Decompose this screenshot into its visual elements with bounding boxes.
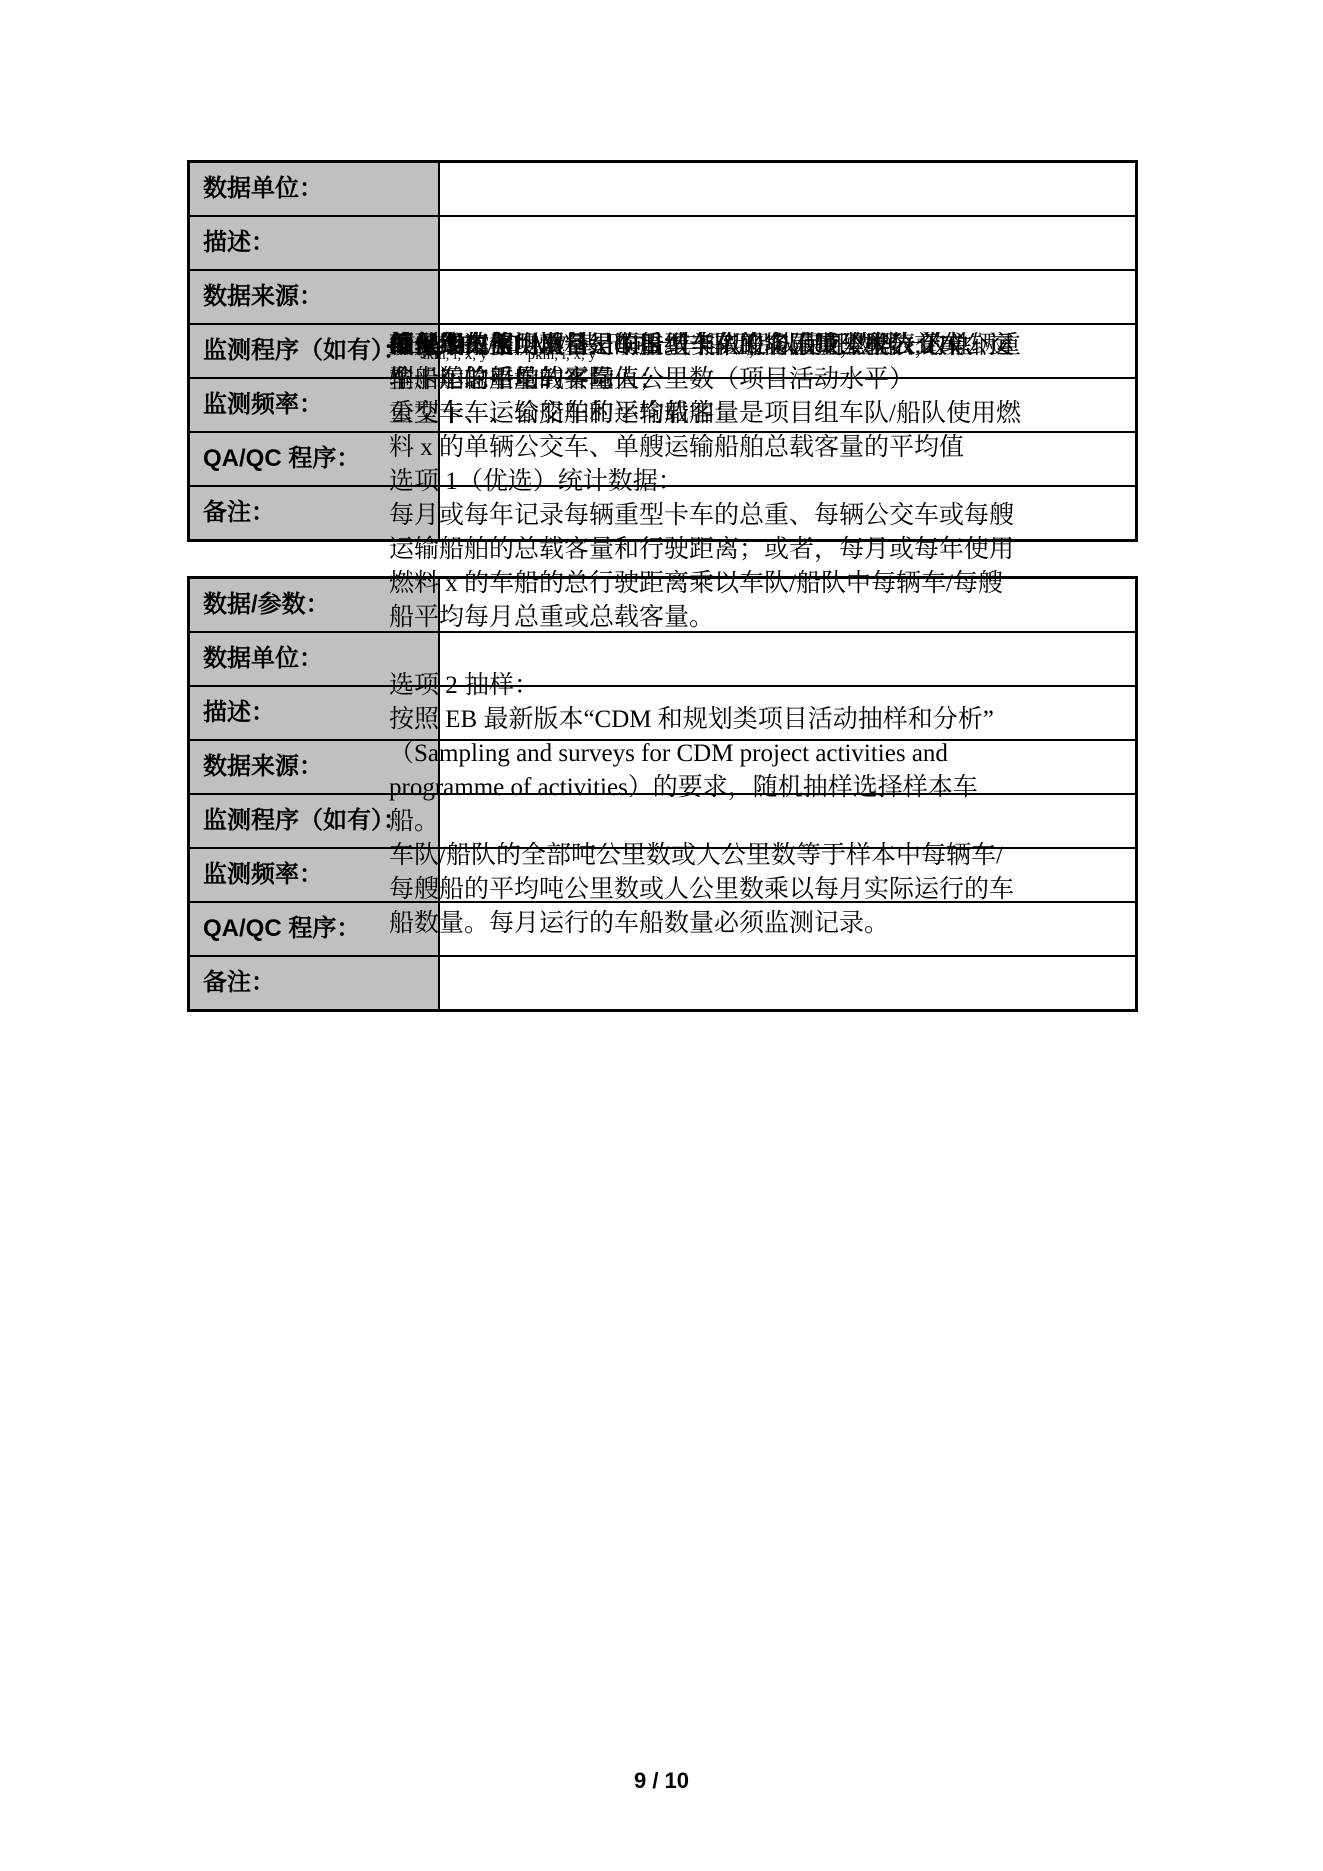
page-number: 9 / 10 (0, 1768, 1323, 1794)
parameter-table-activity-level: 数据/参数：ALtkm, i, x, y/ALpkm, i, x, y数据单位：… (187, 576, 1138, 1012)
cell-text-line: 船。 (389, 805, 1313, 839)
cell-blank-line (389, 431, 1313, 465)
cell-text-line: （Sampling and surveys for CDM project ac… (389, 737, 1313, 771)
cell-text-line: 每月或每年记录每辆重型卡车的总重、每辆公交车或每艘 (389, 499, 1313, 533)
cell-text-line: 车队/船队的全部吨公里数或人公里数等于样本中每辆车/ (389, 839, 1313, 873)
cell-text-line: 重型卡车、公交车和运输船舶： (389, 397, 1313, 431)
cell-text-line: 行驶距离监测设备：GPS 或类似设备、或里程表计 (389, 329, 1313, 363)
cell-text-line: 每艘船的平均吨公里数或人公里数乘以每月实际运行的车 (389, 873, 1313, 907)
cell-text-line: programme of activities）的要求，随机抽样选择样本车 (389, 771, 1313, 805)
table-row: 备注：行驶距离监测设备：GPS 或类似设备、或里程表计 (190, 955, 1135, 1009)
table-row: 数据来源：项目组数据 (190, 269, 1135, 323)
cell-text-line: 选项 2 抽样： (389, 669, 1313, 703)
cell-text-line: 船数量。每月运行的车船数量必须监测记录。 (389, 907, 1313, 941)
row-label: 数据来源： (190, 271, 440, 323)
table-row: 监测程序（如有）：计入期内监测项目组车船。 重型卡车、公交车和运输船舶： 选项 … (190, 793, 1135, 847)
cell-text-line: 选项 1（优选）统计数据： (389, 465, 1313, 499)
tables-container: 数据单位：t描述：第 y 年，使用燃料 x 的重型卡车平均重量，或公交车、运输船… (187, 160, 1138, 1012)
table-row: 描述：第 y 年，使用燃料 x 的重型卡车平均重量，或公交车、运输船舶的平均载客… (190, 215, 1135, 269)
cell-text-line: 燃料 x 的车船的总行驶距离乘以车队/船队中每辆车/每艘 (389, 567, 1313, 601)
cell-blank-line (389, 635, 1313, 669)
row-value: 计入期内监测项目组车船。 重型卡车、公交车和运输船舶： 选项 1（优选）统计数据… (374, 320, 1323, 950)
row-label: 备注： (190, 957, 440, 1009)
cell-text-line: 运输船舶的总载客量和行驶距离；或者，每月或每年使用 (389, 533, 1313, 567)
table-row: 数据单位：t (190, 163, 1135, 215)
cell-text-line: 按照 EB 最新版本“CDM 和规划类项目活动抽样和分析” (389, 703, 1313, 737)
row-label: 描述： (190, 217, 440, 269)
row-label: 数据单位： (190, 163, 440, 215)
row-value: 行驶距离监测设备：GPS 或类似设备、或里程表计 (374, 320, 1323, 372)
cell-text-line: 船平均每月总重或总载客量。 (389, 601, 1313, 635)
